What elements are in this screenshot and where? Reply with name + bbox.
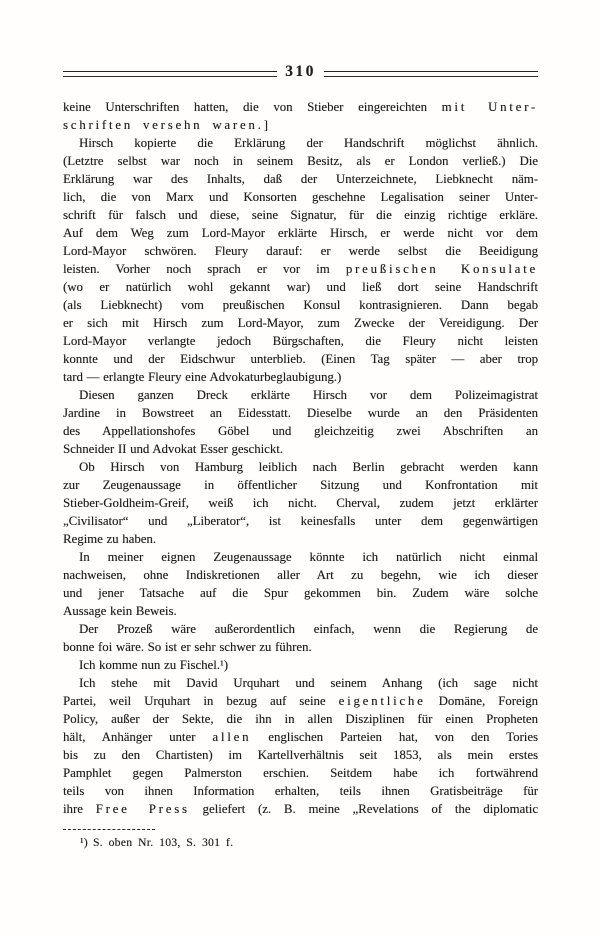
text-line: Ich komme nun zu Fischel.¹): [63, 656, 538, 674]
text-segment: Aussage kein Beweis.: [63, 604, 177, 618]
text-line: Lord-Mayor schwören. Fleury darauf: er w…: [63, 242, 538, 260]
text-segment: (als Liebknecht) vom preußischen Konsul …: [63, 298, 538, 312]
text-line: Jardine in Bowstreet an Eidesstatt. Dies…: [63, 404, 538, 422]
text-segment: Jardine in Bowstreet an Eidesstatt. Dies…: [63, 406, 538, 420]
text-line: tard — erlangte Fleury eine Advokaturbeg…: [63, 368, 538, 386]
text-segment: hält, Anhänger unter: [63, 730, 212, 744]
text-segment: geliefert (z. B. meine „Revelations of t…: [190, 802, 538, 816]
text-segment: Der Prozeß wäre außerordentlich einfach,…: [79, 622, 538, 636]
text-line: des Appellationshofes Göbel und gleichze…: [63, 422, 538, 440]
footnote-marker: ¹): [80, 836, 88, 849]
text-line: bis zu den Chartisten) im Kartellverhält…: [63, 746, 538, 764]
letterspaced-emphasis: Free Press: [96, 802, 190, 816]
letterspaced-emphasis: allen: [212, 730, 251, 744]
body-text: keine Unterschriften hatten, die von Sti…: [63, 98, 538, 818]
text-segment: keine Unterschriften hatten, die von Sti…: [63, 100, 442, 114]
text-line: Erklärung war des Inhalts, daß der Unter…: [63, 170, 538, 188]
text-line: lich, die von Marx und Konsorten gescheh…: [63, 188, 538, 206]
text-segment: Lord-Mayor verlangte jedoch Bürgschaften…: [63, 334, 538, 348]
text-segment: konnte und der Eidschwur unterblieb. (Ei…: [63, 352, 538, 366]
text-segment: und jener Tatsache auf die Spur gekommen…: [63, 586, 538, 600]
letterspaced-emphasis: mit Unter-: [442, 100, 538, 114]
body-lines: keine Unterschriften hatten, die von Sti…: [63, 98, 538, 818]
text-segment: schrift für falsch und diese, seine Sign…: [63, 208, 538, 222]
text-line: Regime zu haben.: [63, 530, 538, 548]
text-line: Lord-Mayor verlangte jedoch Bürgschaften…: [63, 332, 538, 350]
text-segment: Pamphlet gegen Palmerston erschien. Seit…: [63, 766, 538, 780]
text-line: Partei, weil Urquhart in bezug auf seine…: [63, 692, 538, 710]
text-segment: (Letztre selbst war noch in seinem Besit…: [63, 154, 538, 168]
text-segment: Domäne, Foreign: [426, 694, 538, 708]
text-line: „Civilisator“ und „Liberator“, ist keine…: [63, 512, 538, 530]
letterspaced-emphasis: preußischen Konsulate: [346, 262, 538, 276]
text-segment: In meiner eignen Zeugenaussage könnte ic…: [79, 550, 538, 564]
footnote-text: S. oben Nr. 103, S. 301 f.: [93, 836, 233, 849]
text-line: Stieber-Goldheim-Greif, weiß ich nicht. …: [63, 494, 538, 512]
text-segment: Ob Hirsch von Hamburg leiblich nach Berl…: [79, 460, 538, 474]
text-line: Diesen ganzen Dreck erklärte Hirsch vor …: [63, 386, 538, 404]
text-line: schrift für falsch und diese, seine Sign…: [63, 206, 538, 224]
text-segment: bis zu den Chartisten) im Kartellverhält…: [63, 748, 538, 762]
text-line: er sich mit Hirsch zum Lord-Mayor, zum Z…: [63, 314, 538, 332]
text-segment: Schneider II und Advokat Esser geschickt…: [63, 442, 283, 456]
text-segment: Regime zu haben.: [63, 532, 156, 546]
text-line: (wo er natürlich wohl gekannt war) und l…: [63, 278, 538, 296]
text-segment: bonne foi wäre. So ist er sehr schwer zu…: [63, 640, 312, 654]
text-line: (Letztre selbst war noch in seinem Besit…: [63, 152, 538, 170]
text-segment: Hirsch kopierte die Erklärung der Handsc…: [79, 136, 538, 150]
text-segment: ihre: [63, 802, 96, 816]
text-line: Ob Hirsch von Hamburg leiblich nach Berl…: [63, 458, 538, 476]
text-line: Ich stehe mit David Urquhart und seinem …: [63, 674, 538, 692]
text-line: Hirsch kopierte die Erklärung der Handsc…: [63, 134, 538, 152]
text-line: Aussage kein Beweis.: [63, 602, 538, 620]
text-line: und jener Tatsache auf die Spur gekommen…: [63, 584, 538, 602]
text-segment: Policy, außer der Sekte, die ihn in alle…: [63, 712, 538, 726]
text-line: Schneider II und Advokat Esser geschickt…: [63, 440, 538, 458]
header-rule-left: [63, 71, 277, 77]
text-line: bonne foi wäre. So ist er sehr schwer zu…: [63, 638, 538, 656]
text-segment: englischen Parteien hat, von den Tories: [251, 730, 538, 744]
text-segment: tard — erlangte Fleury eine Advokaturbeg…: [63, 370, 341, 384]
text-segment: „Civilisator“ und „Liberator“, ist keine…: [63, 514, 538, 528]
text-line: nachweisen, ohne Indiskretionen aller Ar…: [63, 566, 538, 584]
text-line: Pamphlet gegen Palmerston erschien. Seit…: [63, 764, 538, 782]
text-segment: Erklärung war des Inhalts, daß der Unter…: [63, 172, 538, 186]
text-segment: lich, die von Marx und Konsorten gescheh…: [63, 190, 538, 204]
text-line: hält, Anhänger unter allen englischen Pa…: [63, 728, 538, 746]
text-line: konnte und der Eidschwur unterblieb. (Ei…: [63, 350, 538, 368]
text-segment: zur Zeugenaussage in öffentlicher Sitzun…: [63, 478, 538, 492]
text-line: schriften versehn waren.]: [63, 116, 538, 134]
scanned-book-page: 310 keine Unterschriften hatten, die von…: [0, 0, 600, 936]
text-line: teils von ihnen Information erhalten, te…: [63, 782, 538, 800]
text-line: zur Zeugenaussage in öffentlicher Sitzun…: [63, 476, 538, 494]
header-rule-right: [324, 71, 538, 77]
text-segment: (wo er natürlich wohl gekannt war) und l…: [63, 280, 538, 294]
text-segment: Diesen ganzen Dreck erklärte Hirsch vor …: [79, 388, 538, 402]
text-segment: Partei, weil Urquhart in bezug auf seine: [63, 694, 339, 708]
text-line: Der Prozeß wäre außerordentlich einfach,…: [63, 620, 538, 638]
text-segment: Ich stehe mit David Urquhart und seinem …: [79, 676, 538, 690]
text-segment: er sich mit Hirsch zum Lord-Mayor, zum Z…: [63, 316, 538, 330]
text-line: (als Liebknecht) vom preußischen Konsul …: [63, 296, 538, 314]
text-segment: nachweisen, ohne Indiskretionen aller Ar…: [63, 568, 538, 582]
text-segment: Lord-Mayor schwören. Fleury darauf: er w…: [63, 244, 538, 258]
page-number: 310: [277, 62, 324, 82]
footnote-area: ¹)S. oben Nr. 103, S. 301 f.: [63, 829, 538, 850]
text-segment: des Appellationshofes Göbel und gleichze…: [63, 424, 538, 438]
page-header: 310: [63, 64, 538, 84]
text-line: leisten. Vorher noch sprach er vor im pr…: [63, 260, 538, 278]
footnote: ¹)S. oben Nr. 103, S. 301 f.: [80, 835, 538, 850]
letterspaced-emphasis: eigentliche: [339, 694, 426, 708]
text-segment: Auf dem Weg zum Lord-Mayor erklärte Hirs…: [63, 226, 538, 240]
letterspaced-emphasis: schriften versehn waren.]: [63, 118, 271, 132]
text-line: In meiner eignen Zeugenaussage könnte ic…: [63, 548, 538, 566]
text-segment: Ich komme nun zu Fischel.¹): [79, 658, 228, 672]
text-line: keine Unterschriften hatten, die von Sti…: [63, 98, 538, 116]
text-segment: Stieber-Goldheim-Greif, weiß ich nicht. …: [63, 496, 538, 510]
text-line: ihre Free Press geliefert (z. B. meine „…: [63, 800, 538, 818]
text-segment: teils von ihnen Information erhalten, te…: [63, 784, 538, 798]
text-line: Auf dem Weg zum Lord-Mayor erklärte Hirs…: [63, 224, 538, 242]
text-segment: leisten. Vorher noch sprach er vor im: [63, 262, 346, 276]
footnote-separator-rule: [63, 829, 155, 830]
text-line: Policy, außer der Sekte, die ihn in alle…: [63, 710, 538, 728]
